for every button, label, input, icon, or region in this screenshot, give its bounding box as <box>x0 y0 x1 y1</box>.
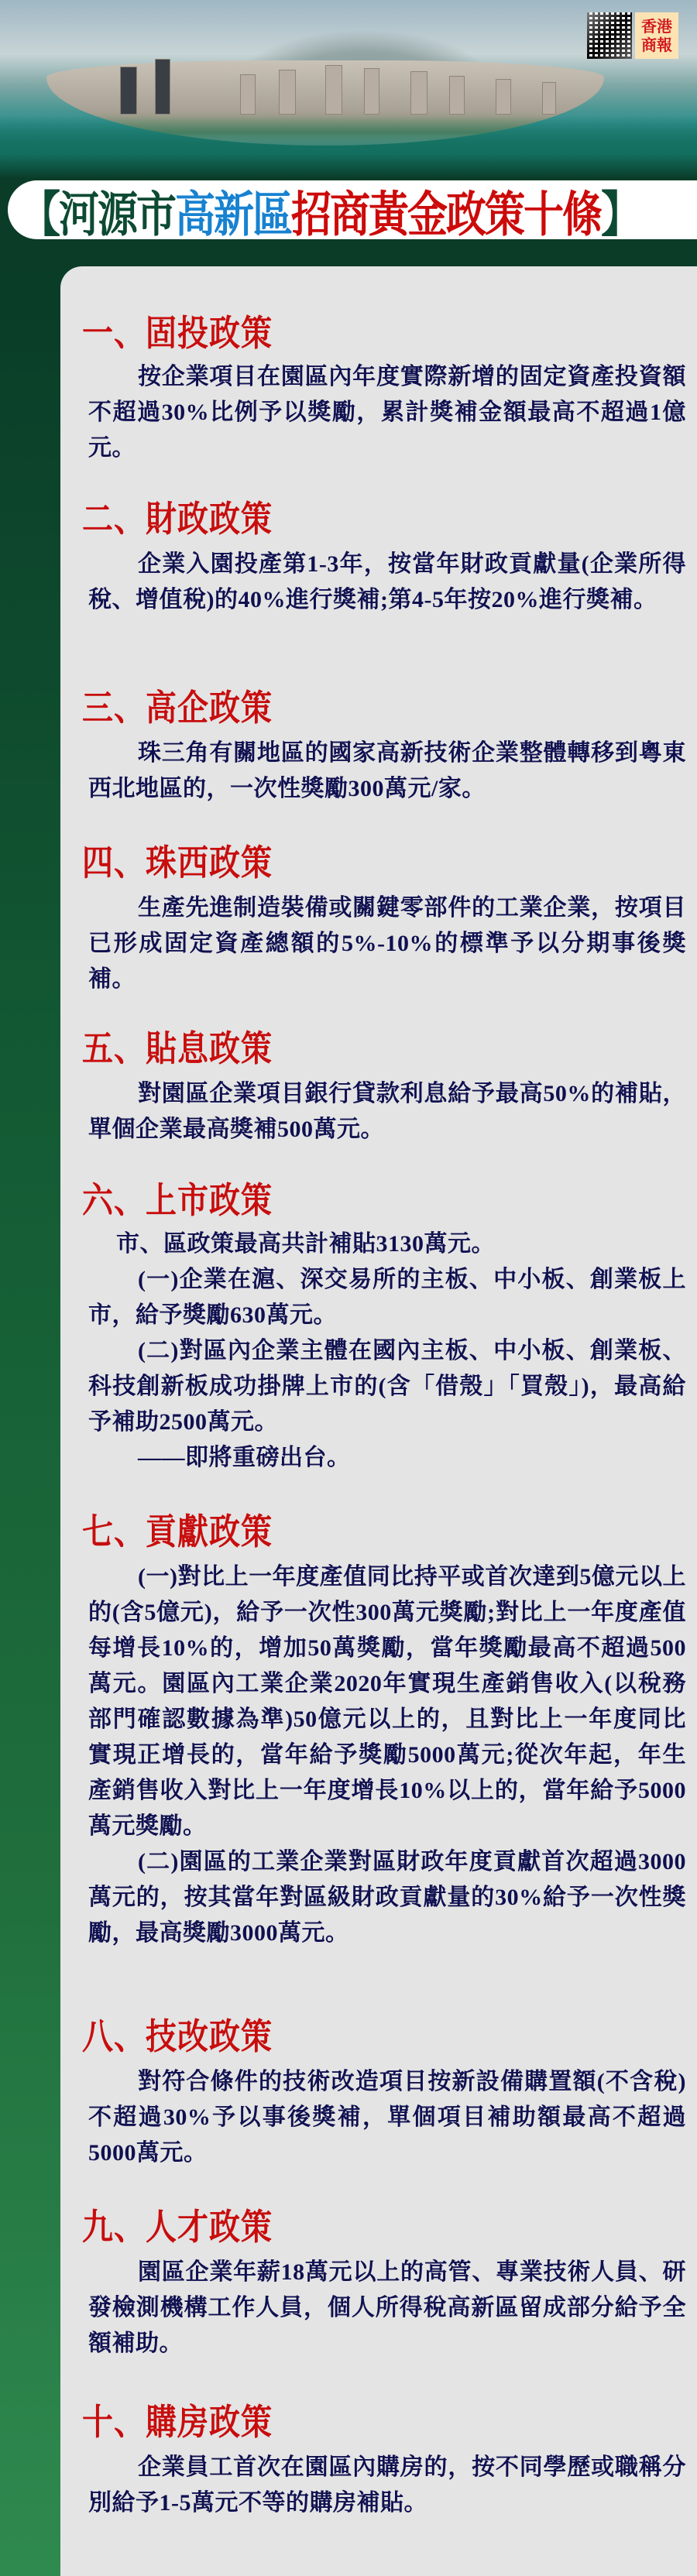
section-body: 珠三角有關地區的國家高新技術企業整體轉移到粵東西北地區的，一次性獎勵300萬元/… <box>88 736 686 807</box>
title-open-bracket: 【 <box>20 175 59 245</box>
paragraph: 生產先進制造裝備或關鍵零部件的工業企業，按項目已形成固定資產總額的5%-10%的… <box>88 890 686 997</box>
title-zone: 高新區 <box>175 175 291 245</box>
river-graphic <box>0 116 697 178</box>
section-body: 對園區企業項目銀行貸款利息給予最高50%的補貼，單個企業最高獎補500萬元。 <box>88 1076 686 1147</box>
paragraph: 珠三角有關地區的國家高新技術企業整體轉移到粵東西北地區的，一次性獎勵300萬元/… <box>88 736 686 807</box>
paragraph: (一)企業在滬、深交易所的主板、中小板、創業板上市，給予獎勵630萬元。 <box>88 1262 686 1333</box>
paragraph: 對符合條件的技術改造項目按新設備購置額(不含稅)不超過30%予以事後獎補，單個項… <box>88 2064 686 2171</box>
section-body: (一)對比上一年度產值同比持平或首次達到5億元以上的(含5億元)，給予一次性30… <box>88 1559 686 1951</box>
hero-image: 香港 商報 <box>0 0 697 178</box>
brand-mark: 香港 商報 <box>635 12 678 59</box>
paragraph: 對園區企業項目銀行貸款利息給予最高50%的補貼，單個企業最高獎補500萬元。 <box>88 1076 686 1147</box>
brand-line-1: 香港 <box>641 17 672 36</box>
section-title: 十、購房政策 <box>82 2394 273 2445</box>
newspaper-logo: 香港 商報 <box>587 12 678 59</box>
section-body: 對符合條件的技術改造項目按新設備購置額(不含稅)不超過30%予以事後獎補，單個項… <box>88 2064 686 2171</box>
section-body: 市、區政策最高共計補貼3130萬元。 (一)企業在滬、深交易所的主板、中小板、創… <box>88 1226 686 1476</box>
title-policy: 招商黃金政策十條 <box>291 175 601 245</box>
policy-card: 一、固投政策 按企業項目在園區內年度實際新增的固定資產投資額不超過30%比例予以… <box>60 266 697 2576</box>
section-body: 生產先進制造裝備或關鍵零部件的工業企業，按項目已形成固定資產總額的5%-10%的… <box>88 890 686 997</box>
paragraph: ——即將重磅出台。 <box>88 1440 686 1476</box>
qr-code-icon[interactable] <box>587 12 632 59</box>
section-title: 六、上市政策 <box>82 1172 273 1223</box>
section-title: 四、珠西政策 <box>82 835 273 886</box>
paragraph: 市、區政策最高共計補貼3130萬元。 <box>88 1226 686 1262</box>
section-title: 七、貢獻政策 <box>82 1504 273 1555</box>
brand-line-2: 商報 <box>641 36 672 54</box>
section-title: 五、貼息政策 <box>82 1020 273 1072</box>
title-city: 河源市 <box>59 175 175 245</box>
section-title: 三、高企政策 <box>82 680 273 731</box>
paragraph: 企業入園投產第1-3年，按當年財政貢獻量(企業所得稅、增值稅)的40%進行獎補;… <box>88 547 686 618</box>
section-title: 一、固投政策 <box>82 305 273 356</box>
paragraph: (一)對比上一年度產值同比持平或首次達到5億元以上的(含5億元)，給予一次性30… <box>88 1559 686 1844</box>
paragraph: 按企業項目在園區內年度實際新增的固定資產投資額不超過30%比例予以獎勵，累計獎補… <box>88 359 686 466</box>
paragraph: (二)對區內企業主體在國內主板、中小板、創業板、科技創新板成功掛牌上市的(含「借… <box>88 1333 686 1440</box>
section-title: 九、人才政策 <box>82 2199 273 2250</box>
section-title: 二、財政政策 <box>82 491 273 542</box>
title-close-bracket: 】 <box>601 175 640 245</box>
page-title: 【 河源市 高新區 招商黃金政策十條 】 <box>8 180 697 239</box>
paragraph: 園區企業年薪18萬元以上的高管、專業技術人員、研發檢測機構工作人員，個人所得稅高… <box>88 2255 686 2362</box>
paragraph: 企業員工首次在園區內購房的，按不同學歷或職稱分別給予1-5萬元不等的購房補貼。 <box>88 2450 686 2521</box>
section-title: 八、技改政策 <box>82 2008 273 2060</box>
paragraph: (二)園區的工業企業對區財政年度貢獻首次超過3000萬元的，按其當年對區級財政貢… <box>88 1844 686 1951</box>
section-body: 按企業項目在園區內年度實際新增的固定資產投資額不超過30%比例予以獎勵，累計獎補… <box>88 359 686 466</box>
section-body: 企業員工首次在園區內購房的，按不同學歷或職稱分別給予1-5萬元不等的購房補貼。 <box>88 2450 686 2521</box>
section-body: 企業入園投產第1-3年，按當年財政貢獻量(企業所得稅、增值稅)的40%進行獎補;… <box>88 547 686 618</box>
section-body: 園區企業年薪18萬元以上的高管、專業技術人員、研發檢測機構工作人員，個人所得稅高… <box>88 2255 686 2362</box>
